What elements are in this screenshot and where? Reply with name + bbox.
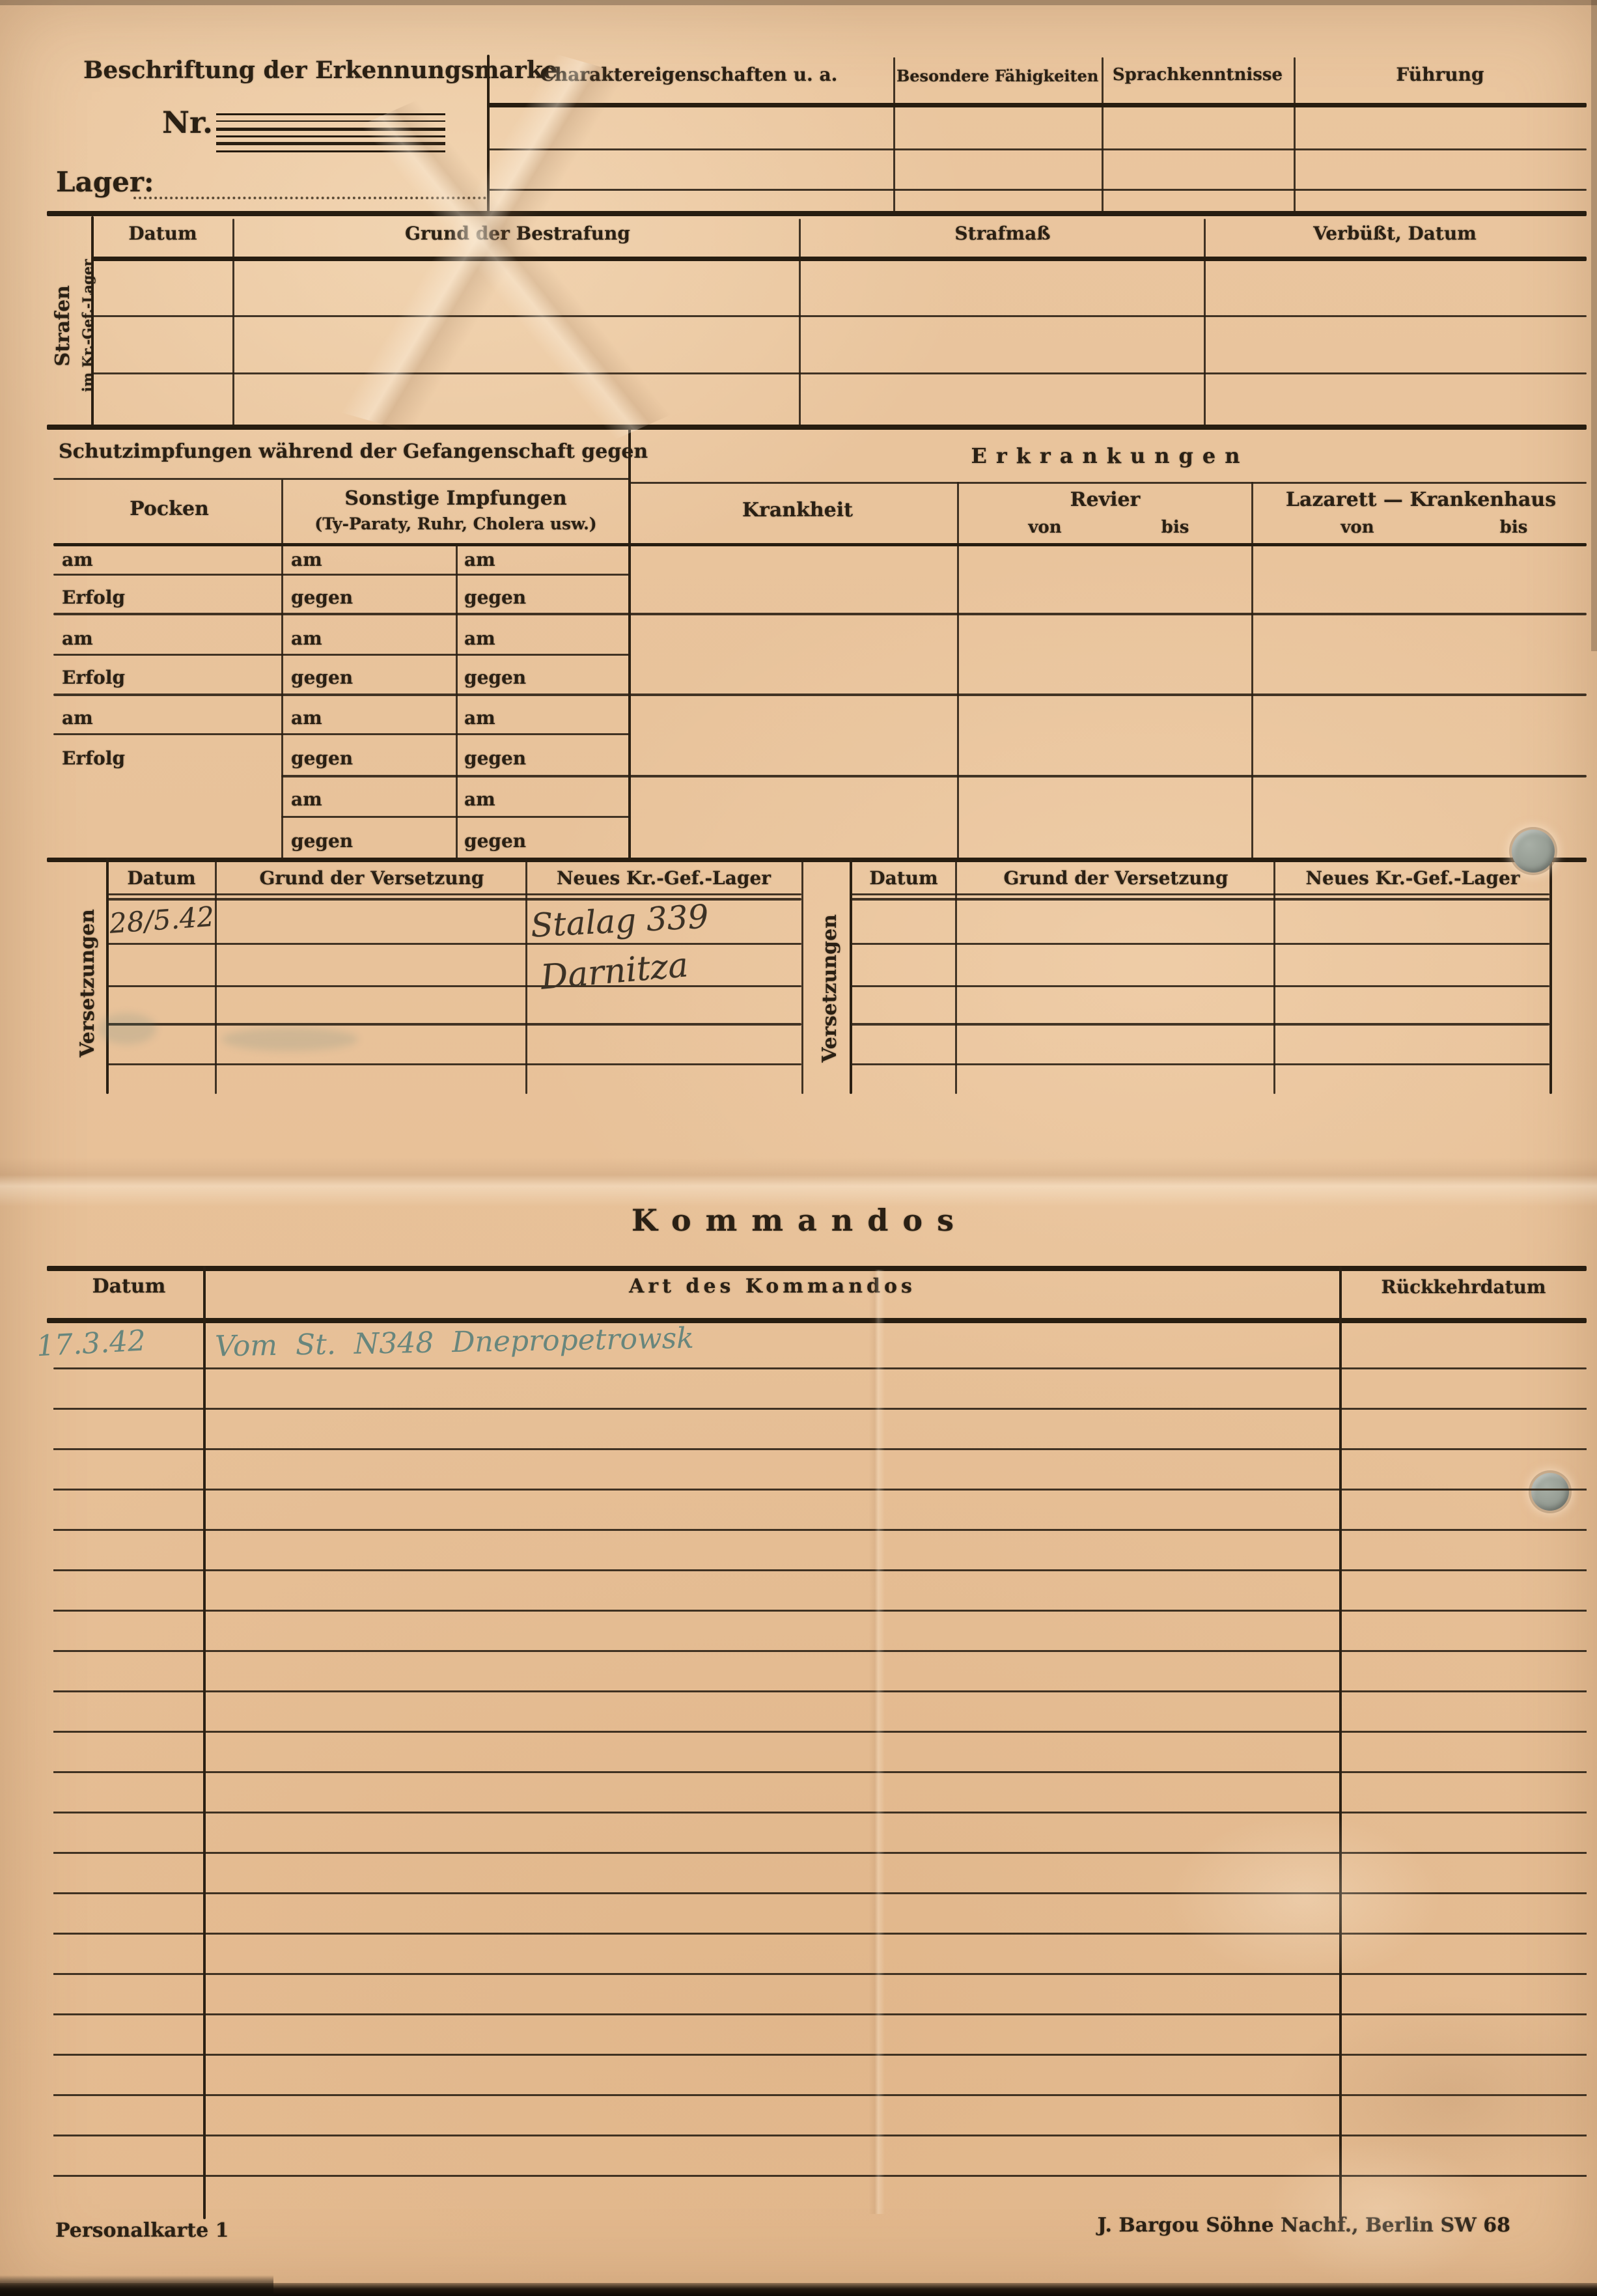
rule-horizontal — [47, 1266, 1587, 1271]
strafen-col-datum: Datum — [94, 224, 231, 243]
section-divider — [47, 211, 1587, 216]
impfungen-erkrankungen-separator — [628, 428, 631, 861]
rule-horizontal — [487, 189, 1587, 191]
rule-horizontal — [53, 478, 630, 480]
sonstige1-row-label: gegen — [291, 832, 447, 850]
assessment-col-sprachen: Sprachkenntnisse — [1105, 66, 1290, 84]
sonstige2-row-label: am — [464, 708, 620, 727]
erkrankungen-col-lazarett: Lazarett — Krankenhaus — [1257, 490, 1585, 511]
rule-horizontal — [53, 1367, 1587, 1369]
pocken-row-label: am — [62, 629, 257, 648]
personalkarte-back-page: Beschriftung der Erkennungsmarke Nr. Lag… — [0, 0, 1597, 2296]
sonstige1-row-label: gegen — [291, 749, 447, 768]
sonstige2-row-label: gegen — [464, 749, 620, 768]
versetzungen-right-side-label: Versetzungen — [812, 917, 846, 1060]
impfungen-col-sonstige-line2: (Ty-Paraty, Ruhr, Cholera usw.) — [285, 516, 626, 533]
punch-hole — [1512, 830, 1555, 873]
strafen-col-grund: Grund der Bestrafung — [238, 224, 798, 243]
sonstige2-row-label: gegen — [464, 588, 620, 607]
rule-horizontal — [850, 898, 1549, 901]
rule-vertical — [1549, 858, 1552, 1094]
kommandos-col-rueckkehr: Rückkehrdatum — [1342, 1278, 1585, 1296]
rule-horizontal — [850, 943, 1549, 945]
rule-horizontal — [487, 148, 1587, 150]
kommando-entry-datum: 17.3.42 — [36, 1324, 193, 1362]
section-divider — [47, 858, 1587, 862]
rule-horizontal — [91, 315, 1587, 317]
rule-horizontal — [281, 816, 630, 818]
kommandos-col-art: Art des Kommandos — [208, 1276, 1337, 1297]
column-separator — [957, 482, 959, 861]
erkrankungen-col-revier: Revier — [964, 490, 1247, 511]
rule-horizontal — [91, 257, 1587, 261]
column-separator — [456, 544, 458, 861]
section-divider — [47, 425, 1587, 430]
pencil-smudge — [221, 1028, 358, 1051]
strafen-side-label-line1: Strafen — [51, 285, 74, 367]
pocken-row-label: Erfolg — [62, 588, 257, 607]
rule-vertical — [801, 858, 803, 1094]
strafen-side-label: Strafen im Kr.-Gef.-Lager — [55, 228, 92, 423]
lazarett-von-label: von — [1325, 519, 1390, 537]
column-separator — [281, 479, 283, 861]
impfungen-col-pocken: Pocken — [62, 499, 277, 520]
versetzungen-left-col-neues-lager: Neues Kr.-Gef.-Lager — [529, 869, 799, 888]
versetzungen-left-col-grund: Grund der Versetzung — [218, 869, 525, 888]
impfungen-title: Schutzimpfungen während der Gefangenscha… — [59, 441, 625, 462]
erkrankungen-title: Erkrankungen — [651, 445, 1569, 468]
lazarett-bis-label: bis — [1481, 519, 1546, 537]
rule-horizontal — [628, 482, 1587, 484]
sonstige1-row-label: gegen — [291, 588, 447, 607]
rule-horizontal — [106, 893, 801, 895]
rule-horizontal — [850, 985, 1549, 987]
sonstige2-row-label: am — [464, 629, 620, 648]
impfungen-col-sonstige-line1: Sonstige Impfungen — [285, 488, 626, 509]
erkrankungen-col-krankheit: Krankheit — [641, 500, 954, 521]
rule-vertical — [91, 216, 94, 430]
bottom-edge-strip — [0, 2283, 1597, 2296]
versetzungen-left-col-datum: Datum — [108, 869, 215, 888]
kommandos-col-datum: Datum — [57, 1276, 201, 1297]
rule-horizontal — [106, 1063, 801, 1065]
pocken-row-label: Erfolg — [62, 749, 257, 768]
pencil-smudge — [98, 1013, 156, 1044]
versetzungen-left-side-label-text: Versetzungen — [76, 909, 99, 1057]
footer-printer-imprint: J. Bargou Söhne Nachf., Berlin SW 68 — [1016, 2215, 1510, 2236]
fold-crease — [0, 1158, 1597, 1207]
assessment-col-faehigkeiten: Besondere Fähigkeiten — [896, 68, 1098, 84]
erkennungsmarke-title: Beschriftung der Erkennungsmarke — [83, 59, 464, 83]
rule-horizontal — [106, 1023, 801, 1026]
id-table-separator — [487, 55, 490, 215]
pocken-row-label: Erfolg — [62, 668, 257, 687]
versetzungen-right-side-label-text: Versetzungen — [818, 914, 841, 1063]
rule-horizontal — [850, 1063, 1549, 1065]
strafen-col-strafmass: Strafmaß — [804, 224, 1201, 243]
nr-ruled-block — [216, 113, 445, 152]
sonstige1-row-label: am — [291, 550, 447, 569]
nr-label: Nr. — [161, 107, 214, 138]
rule-horizontal — [91, 372, 1587, 374]
rule-horizontal — [53, 543, 1587, 546]
rule-horizontal — [487, 103, 1587, 107]
rule-horizontal — [106, 985, 801, 987]
column-separator — [1294, 57, 1296, 215]
footer-form-name: Personalkarte 1 — [55, 2220, 381, 2241]
rule-horizontal — [53, 654, 630, 656]
column-separator — [799, 219, 801, 430]
column-separator — [1204, 219, 1206, 430]
lager-label: Lager: — [56, 168, 141, 197]
column-separator — [1251, 482, 1253, 861]
column-separator — [1102, 57, 1104, 215]
sonstige1-row-label: am — [291, 629, 447, 648]
versetzungen-right-col-neues-lager: Neues Kr.-Gef.-Lager — [1276, 869, 1549, 888]
pocken-row-label: am — [62, 708, 257, 727]
pocken-row-label: am — [62, 550, 257, 569]
column-separator — [232, 219, 234, 430]
sonstige2-row-label: am — [464, 790, 620, 809]
bottom-left-edge — [0, 2275, 273, 2296]
sonstige2-row-label: gegen — [464, 832, 620, 850]
rule-horizontal — [53, 693, 1587, 696]
rule-horizontal — [850, 893, 1549, 895]
sonstige1-row-label: gegen — [291, 668, 447, 687]
lager-dotted-line — [133, 168, 486, 199]
column-separator — [893, 57, 895, 215]
revier-bis-label: bis — [1143, 519, 1208, 537]
kommando-entry-art: Vom St. N348 Dnepropetrowsk — [215, 1319, 997, 1362]
versetzungen-right-col-datum: Datum — [852, 869, 955, 888]
assessment-col-fuehrung: Führung — [1297, 65, 1583, 84]
kommandos-ruled-lines — [53, 1408, 1587, 2179]
kommandos-title: Kommandos — [518, 1205, 1081, 1236]
rule-horizontal — [53, 733, 630, 735]
rule-horizontal — [281, 775, 1587, 777]
rule-horizontal — [850, 1023, 1549, 1026]
sonstige2-row-label: gegen — [464, 668, 620, 687]
versetzungen-right-col-grund: Grund der Versetzung — [958, 869, 1273, 888]
revier-von-label: von — [1012, 519, 1077, 537]
right-edge-shade — [1591, 0, 1597, 651]
sonstige1-row-label: am — [291, 708, 447, 727]
rule-horizontal — [106, 943, 801, 945]
assessment-col-charakter: Charaktereigenschaften u. a. — [493, 65, 884, 84]
versetzung-entry-lager-line1: Stalag 339 — [530, 895, 798, 942]
strafen-col-verbuesst: Verbüßt, Datum — [1208, 224, 1582, 243]
top-edge-shade — [0, 0, 1597, 5]
versetzung-entry-datum: 28/5.42 — [109, 903, 221, 938]
sonstige1-row-label: am — [291, 790, 447, 809]
rule-horizontal — [53, 613, 1587, 615]
rule-horizontal — [53, 574, 630, 576]
sonstige2-row-label: am — [464, 550, 620, 569]
